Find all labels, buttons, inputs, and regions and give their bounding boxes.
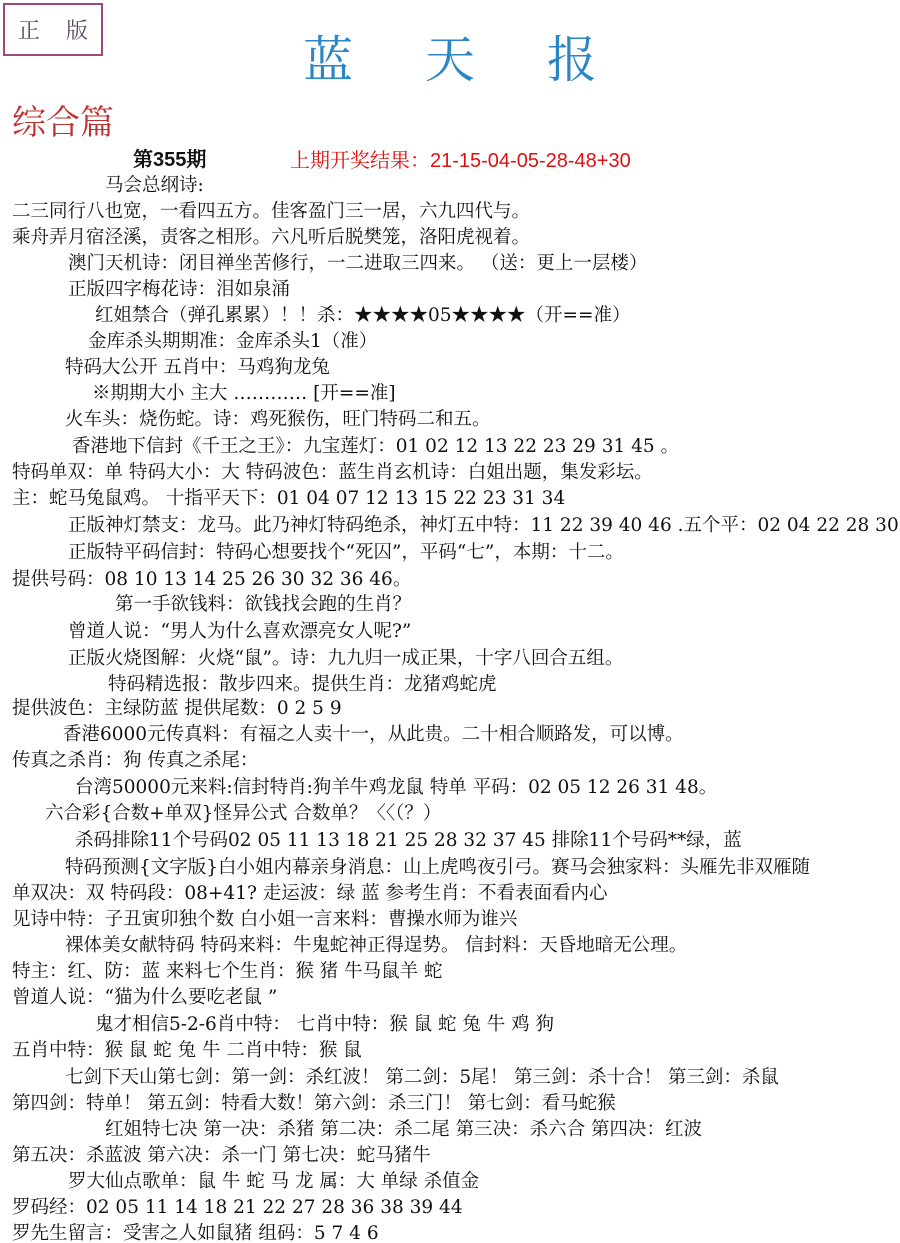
text-line: 特码单双：单 特码大小：大 特码波色：蓝生肖玄机诗：白姐出题，集发彩坛。	[12, 462, 653, 484]
text-line: 提供波色：主绿防蓝 提供尾数：0 2 5 9	[12, 698, 342, 720]
title-char: 天	[425, 20, 475, 92]
text-line: 正版神灯禁支：龙马。此乃神灯特码绝杀，神灯五中特：11 22 39 40 46 …	[68, 515, 900, 537]
last-draw-result: 上期开奖结果：21-15-04-05-28-48+30	[290, 144, 631, 173]
text-line: 五肖中特：猴 鼠 蛇 兔 牛 二肖中特：猴 鼠	[12, 1040, 362, 1062]
text-line: 罗先生留言：受害之人如鼠猪 组码：5 7 4 6	[12, 1223, 379, 1243]
text-line: 特码大公开 五肖中：马鸡狗龙兔	[65, 357, 330, 379]
text-line: 红姐特七决 第一决：杀猪 第二决：杀二尾 第三决：杀六合 第四决：红波	[105, 1119, 702, 1141]
text-line: 传真之杀肖：狗 传真之杀尾：	[12, 750, 258, 772]
section-heading: 综合篇	[12, 95, 114, 144]
text-line: ※期期大小 主大 ………… [开==准]	[92, 383, 396, 405]
text-line: 正版四字梅花诗：泪如泉涌	[68, 279, 290, 301]
text-line: 曾道人说：“猫为什么要吃老鼠 ”	[12, 987, 277, 1009]
text-line: 香港地下信封《千王之王》：九宝莲灯：01 02 12 13 22 23 29 3…	[72, 436, 679, 458]
text-line: 杀码排除11个号码02 05 11 13 18 21 25 28 32 37 4…	[75, 830, 742, 852]
text-line: 第五决：杀蓝波 第六决：杀一门 第七决：蛇马猪牛	[12, 1145, 431, 1167]
text-line: 七剑下天山第七剑：第一剑：杀红波！ 第二剑：5尾！ 第三剑：杀十合！ 第三剑：杀…	[65, 1067, 779, 1089]
text-line: 曾道人说：“男人为什么喜欢漂亮女人呢?”	[68, 621, 411, 643]
text-line: 鬼才相信5-2-6肖中特： 七肖中特：猴 鼠 蛇 兔 牛 鸡 狗	[95, 1014, 554, 1036]
text-line: 提供号码：08 10 13 14 25 26 30 32 36 46。	[12, 569, 411, 591]
text-line: 澳门天机诗：闭目禅坐苦修行，一二进取三四来。 （送：更上一层楼）	[68, 253, 647, 275]
text-line: 六合彩{合数+单双}怪异公式 合数单？〈〈（？）	[45, 803, 441, 825]
text-line: 见诗中特：子丑寅卯独个数 白小姐一言来料：曹操水师为谁兴	[12, 909, 517, 931]
text-line: 正版特平码信封：特码心想要找个“死囚”，平码“七”，本期：十二。	[68, 542, 624, 564]
text-line: 特码精选报：散步四来。提供生肖：龙猪鸡蛇虎	[108, 674, 497, 696]
text-line: 裸体美女献特码 特码来料：牛鬼蛇神正得逞势。 信封料：天昏地暗无公理。	[65, 935, 687, 957]
text-line: 火车头：烧伤蛇。诗：鸡死猴伤，旺门特码二和五。	[65, 409, 491, 431]
text-line: 乘舟弄月宿泾溪，责客之相形。六凡听后脱樊笼，洛阳虎视着。	[12, 227, 530, 249]
text-line: 第一手欲钱料：欲钱找会跑的生肖？	[115, 594, 411, 616]
text-line: 主：蛇马兔鼠鸡。 十指平天下：01 04 07 12 13 15 22 23 3…	[12, 488, 565, 510]
text-line: 第四剑：特单！ 第五剑：特看大数！第六剑：杀三门！ 第七剑：看马蛇猴	[12, 1093, 616, 1115]
text-line: 单双决：双 特码段：08+41? 走运波：绿 蓝 参考生肖：不看表面看内心	[12, 883, 608, 905]
text-line: 红姐禁合（弹孔累累）！！杀：★★★★05★★★★（开==准）	[95, 305, 631, 327]
title-char: 蓝	[303, 20, 353, 92]
text-line: 罗大仙点歌单：鼠 牛 蛇 马 龙 属：大 单绿 杀值金	[68, 1171, 479, 1193]
text-line: 香港6000元传真料：有福之人卖十一，从此贵。二十相合顺路发，可以博。	[63, 724, 684, 746]
text-line: 正版火烧图解：火烧“鼠”。诗：九九归一成正果，十字八回合五组。	[68, 648, 623, 670]
text-line: 金库杀头期期准：金库杀头1（准）	[88, 331, 377, 353]
text-line: 马会总纲诗:	[105, 175, 204, 197]
text-line: 特码预测{文字版}白小姐内幕亲身消息：山上虎鸣夜引弓。赛马会独家料：头雁先非双雁…	[65, 857, 810, 879]
text-line: 罗码经：02 05 11 14 18 21 22 27 28 36 38 39 …	[12, 1197, 463, 1219]
issue-number: 第355期	[133, 143, 206, 172]
page-title: 蓝 天 报	[0, 20, 900, 92]
text-line: 二三同行八也宽，一看四五方。佳客盈门三一居，六九四代与。	[12, 201, 530, 223]
text-line: 特主：红、防：蓝 来料七个生肖：猴 猪 牛马鼠羊 蛇	[12, 961, 443, 983]
text-line: 台湾50000元来料:信封特肖:狗羊牛鸡龙鼠 特单 平码：02 05 12 26…	[75, 777, 717, 799]
title-char: 报	[547, 20, 597, 92]
